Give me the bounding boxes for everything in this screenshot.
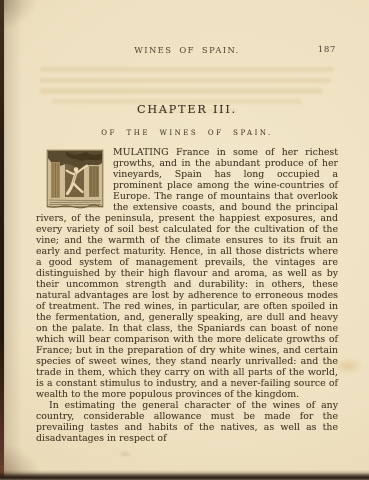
page-number: 187 [318,45,336,55]
scanned-book-page: WINES OF SPAIN. 187 CHAPTER III. OF THE … [0,0,369,480]
showthrough-line [40,67,334,72]
paragraph-text: In estimating the general character of t… [36,400,338,444]
chapter-heading: CHAPTER III. [36,103,338,116]
running-title: WINES OF SPAIN. [36,45,338,55]
page-edge-left [0,0,4,480]
page-edge-bottom [0,470,369,480]
running-head: WINES OF SPAIN. 187 [36,45,338,57]
chapter-subheading: OF THE WINES OF SPAIN. [36,129,338,137]
showthrough-line [40,88,322,93]
paragraph-second: In estimating the general character of t… [36,400,338,444]
paragraph-opening: MULATING France in some of her richest g… [36,147,338,400]
engraved-initial-vignette-icon [46,149,104,209]
showthrough-line [40,78,331,83]
paper-stain [333,358,363,374]
paper-stain [118,450,132,458]
page-corner-shadow [0,0,60,46]
body-text: MULATING France in some of her richest g… [36,147,338,444]
